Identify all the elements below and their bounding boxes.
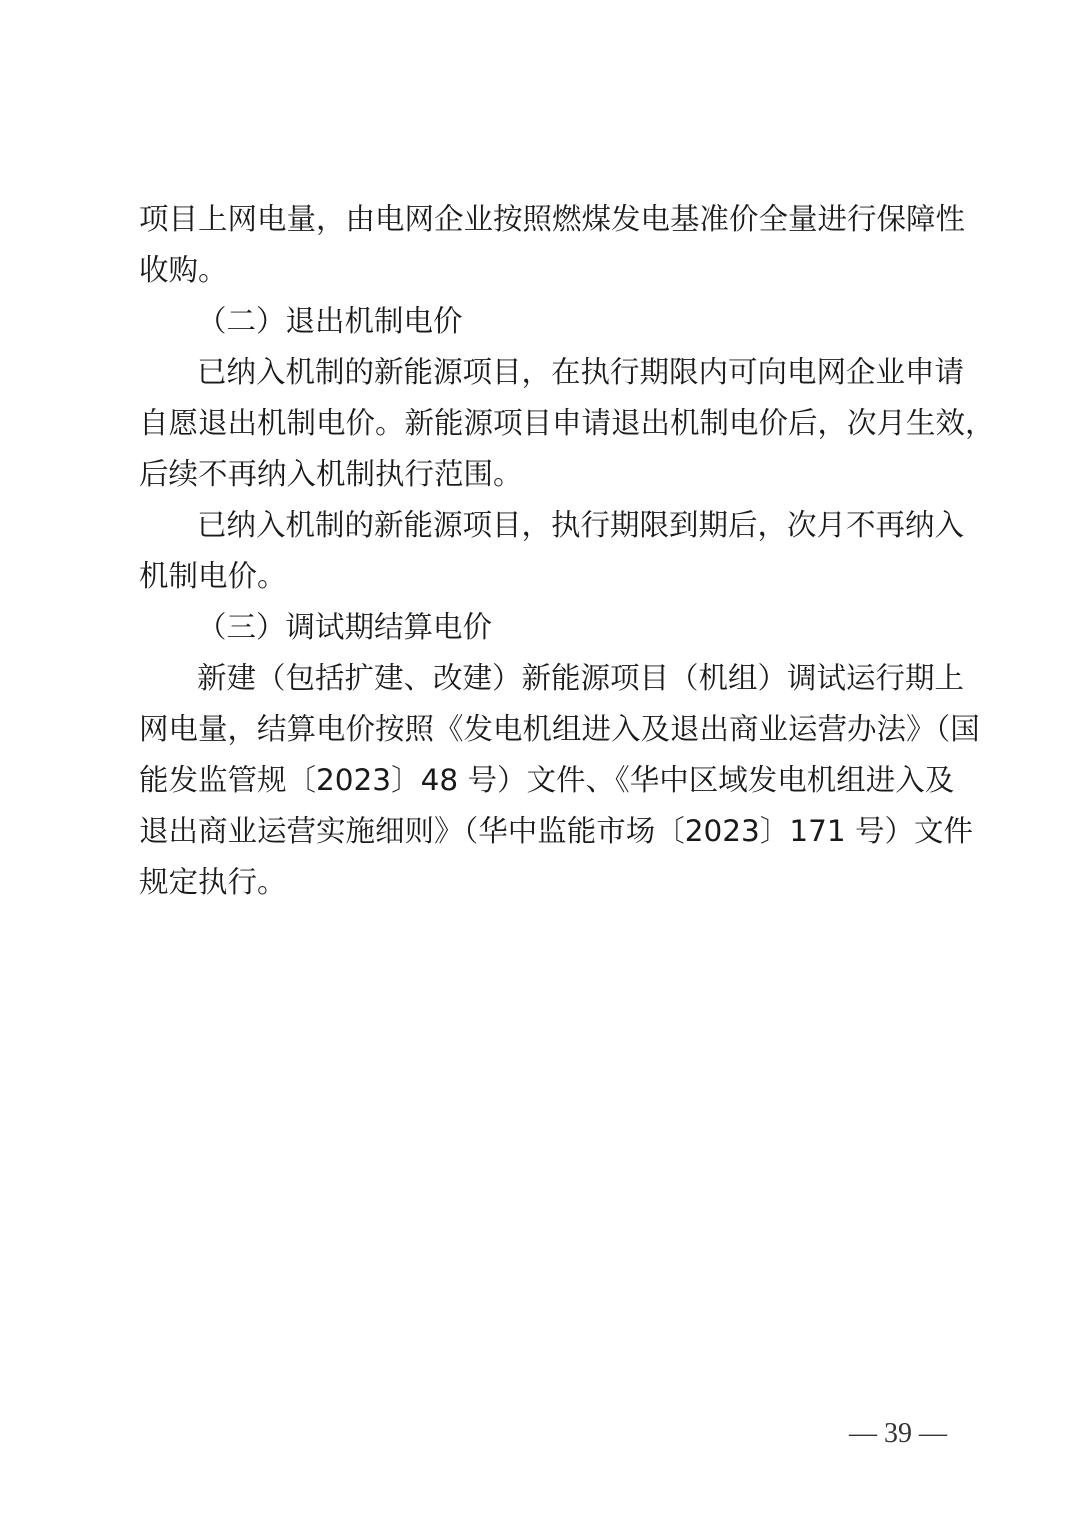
paragraph-line: 新建（包括扩建、改建）新能源项目（机组）调试运行期上 bbox=[139, 653, 945, 704]
paragraph-line: 能发监管规〔2023〕48 号）文件、《华中区域发电机组进入及 bbox=[139, 755, 945, 806]
paragraph-line: 网电量，结算电价按照《发电机组进入及退出商业运营办法》（国 bbox=[139, 704, 945, 755]
paragraph-line: 自愿退出机制电价。新能源项目申请退出机制电价后，次月生效， bbox=[139, 398, 945, 449]
paragraph-line: 项目上网电量，由电网企业按照燃煤发电基准价全量进行保障性 bbox=[139, 194, 945, 245]
paragraph-line: 已纳入机制的新能源项目，执行期限到期后，次月不再纳入 bbox=[139, 500, 945, 551]
paragraph-line: 已纳入机制的新能源项目，在执行期限内可向电网企业申请 bbox=[139, 347, 945, 398]
section-heading: （三）调试期结算电价 bbox=[139, 602, 945, 653]
page-number: — 39 — bbox=[848, 1418, 948, 1450]
document-body: 项目上网电量，由电网企业按照燃煤发电基准价全量进行保障性 收购。 （二）退出机制… bbox=[139, 194, 945, 908]
paragraph-line: 退出商业运营实施细则》（华中监能市场〔2023〕171 号）文件 bbox=[139, 806, 945, 857]
section-heading: （二）退出机制电价 bbox=[139, 296, 945, 347]
paragraph-line: 后续不再纳入机制执行范围。 bbox=[139, 449, 945, 500]
paragraph-line: 规定执行。 bbox=[139, 857, 945, 908]
paragraph-line: 机制电价。 bbox=[139, 551, 945, 602]
paragraph-line: 收购。 bbox=[139, 245, 945, 296]
